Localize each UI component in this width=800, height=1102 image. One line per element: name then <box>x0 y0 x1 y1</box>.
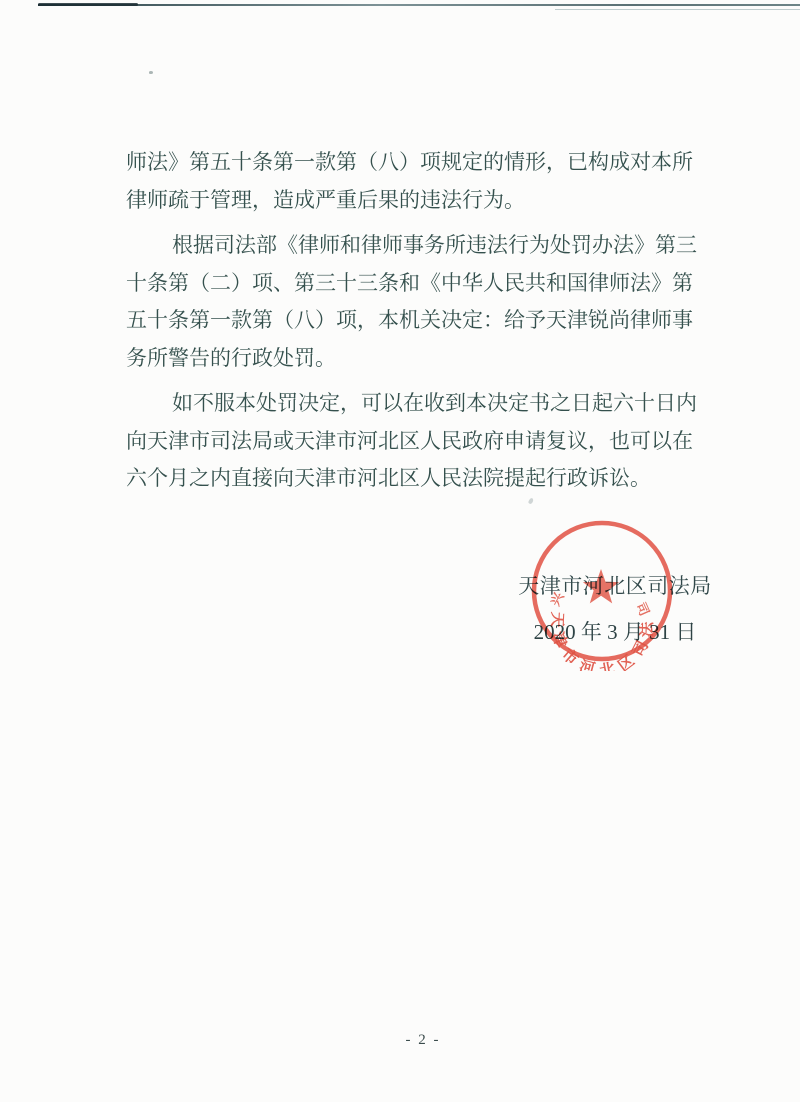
scan-speck <box>149 71 153 74</box>
text-line: 务所警告的行政处罚。 <box>126 340 701 378</box>
text-line: 六个月之内直接向天津市河北区人民法院提起行政诉讼。 <box>126 460 701 498</box>
text-line: 律师疏于管理，造成严重后果的违法行为。 <box>126 182 701 220</box>
scan-edge-line <box>38 4 800 6</box>
paragraph-decision-basis: 根据司法部《律师和律师事务所违法行为处罚办法》第三 十条第（二）项、第三十三条和… <box>126 227 701 377</box>
paragraph-continued: 师法》第五十条第一款第（八）项规定的情形，已构成对本所 律师疏于管理，造成严重后… <box>126 144 701 219</box>
signature-block: 天津市河北区司法局 2020 年 3 月 31 日 <box>505 570 725 646</box>
text-line: 根据司法部《律师和律师事务所违法行为处罚办法》第三 <box>126 227 701 265</box>
issuing-agency-name: 天津市河北区司法局 <box>505 570 725 600</box>
scanned-document-page: 师法》第五十条第一款第（八）项规定的情形，已构成对本所 律师疏于管理，造成严重后… <box>0 0 800 1102</box>
document-body-text: 师法》第五十条第一款第（八）项规定的情形，已构成对本所 律师疏于管理，造成严重后… <box>126 144 701 506</box>
text-line: 向天津市司法局或天津市河北区人民政府申请复议，也可以在 <box>126 423 701 461</box>
scan-edge-line-faint <box>555 9 800 10</box>
text-line: 师法》第五十条第一款第（八）项规定的情形，已构成对本所 <box>126 144 701 182</box>
decision-date: 2020 年 3 月 31 日 <box>505 616 725 646</box>
paragraph-appeal-rights: 如不服本处罚决定，可以在收到本决定书之日起六十日内 向天津市司法局或天津市河北区… <box>126 385 701 498</box>
text-line: 如不服本处罚决定，可以在收到本决定书之日起六十日内 <box>126 385 701 423</box>
scan-edge-line-dark <box>38 3 138 6</box>
text-line: 五十条第一款第（八）项，本机关决定：给予天津锐尚律师事 <box>126 302 701 340</box>
page-number: - 2 - <box>373 1032 473 1049</box>
text-line: 十条第（二）项、第三十三条和《中华人民共和国律师法》第 <box>126 265 701 303</box>
